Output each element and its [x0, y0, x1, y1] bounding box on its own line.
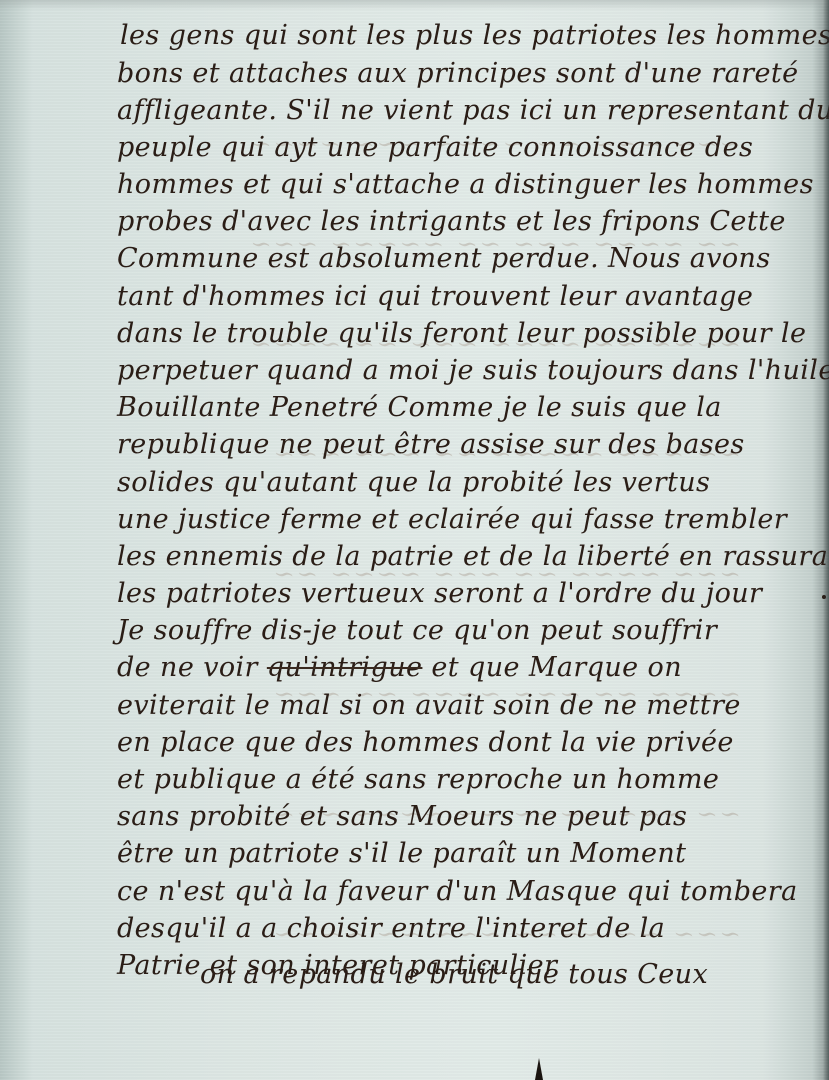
line-text: probes d'avec les intrigants et les frip… — [117, 206, 786, 237]
line-text: dans le trouble qu'ils feront leur possi… — [117, 318, 806, 349]
text-line: en place que des hommes dont la vie priv… — [117, 727, 734, 758]
text-line: eviterait le mal si on avait soin de ne … — [117, 690, 741, 721]
line-text: perpetuer quand a moi je suis toujours d… — [117, 355, 829, 386]
handwritten-text: les gens qui sont les plus les patriotes… — [0, 0, 829, 1080]
line-text: et que Marque on — [422, 652, 682, 683]
line-text: affligeante. S'il ne vient pas ici un re… — [117, 95, 829, 126]
paper-right-edge — [823, 0, 829, 1080]
line-text: bons et attaches aux principes sont d'un… — [117, 58, 798, 89]
ink-mark — [535, 1058, 543, 1080]
line-text: republique ne peut être assise sur des b… — [117, 429, 745, 460]
text-line: ce n'est qu'à la faveur d'un Masque qui … — [117, 876, 798, 907]
line-text: de ne voir — [117, 652, 258, 683]
text-line: peuple qui ayt une parfaite connoissance… — [117, 132, 753, 163]
text-line: dans le trouble qu'ils feront leur possi… — [117, 318, 806, 349]
line-text: Je souffre dis-je tout ce qu'on peut sou… — [117, 615, 717, 646]
line-text: hommes et qui s'attache a distinguer les… — [117, 169, 814, 200]
text-line: on a repandu le bruit que tous Ceux — [200, 959, 708, 990]
text-line: perpetuer quand a moi je suis toujours d… — [117, 355, 829, 386]
text-line: bons et attaches aux principes sont d'un… — [117, 58, 798, 89]
text-line: Je souffre dis-je tout ce qu'on peut sou… — [117, 615, 717, 646]
line-text: une justice ferme et eclairée qui fasse … — [117, 504, 787, 535]
line-text: ce n'est qu'à la faveur d'un Masque qui … — [117, 876, 798, 907]
line-text: en place que des hommes dont la vie priv… — [117, 727, 734, 758]
text-line: sans probité et sans Moeurs ne peut pas — [117, 801, 687, 832]
line-text: être un patriote s'il le paraît un Momen… — [117, 838, 686, 869]
text-line: desqu'il a a choisir entre l'interet de … — [117, 913, 665, 944]
line-text: les gens qui sont les plus les patriotes… — [120, 20, 829, 51]
text-line: les ennemis de la patrie et de la libert… — [117, 541, 829, 572]
line-text: eviterait le mal si on avait soin de ne … — [117, 690, 741, 721]
text-line: de ne voir qu'intrigue et que Marque on — [117, 652, 682, 683]
text-line: probes d'avec les intrigants et les frip… — [117, 206, 786, 237]
line-text: desqu'il a a choisir entre l'interet de … — [117, 913, 665, 944]
line-text: Commune est absolument perdue. Nous avon… — [117, 243, 771, 274]
text-line: hommes et qui s'attache a distinguer les… — [117, 169, 814, 200]
text-line: tant d'hommes ici qui trouvent leur avan… — [117, 281, 753, 312]
text-line: Bouillante Penetré Comme je le suis que … — [117, 392, 722, 423]
line-text: les patriotes vertueux seront a l'ordre … — [117, 578, 762, 609]
line-text: tant d'hommes ici qui trouvent leur avan… — [117, 281, 753, 312]
text-line: solides qu'autant que la probité les ver… — [117, 467, 710, 498]
line-text: peuple qui ayt une parfaite connoissance… — [117, 132, 753, 163]
line-text: solides qu'autant que la probité les ver… — [117, 467, 710, 498]
line-text: et publique a été sans reproche un homme — [117, 764, 719, 795]
line-text: les ennemis de la patrie et de la libert… — [117, 541, 829, 572]
text-line: et publique a été sans reproche un homme — [117, 764, 719, 795]
text-line: affligeante. S'il ne vient pas ici un re… — [117, 95, 829, 126]
text-line: Commune est absolument perdue. Nous avon… — [117, 243, 771, 274]
text-line: être un patriote s'il le paraît un Momen… — [117, 838, 686, 869]
struck-through-word: qu'intrigue — [267, 652, 423, 683]
line-text: Bouillante Penetré Comme je le suis que … — [117, 392, 722, 423]
manuscript-page: ~~~ ~~~ ~~ ~~~~ ~~~ ~~~~ ~~ ~~~~ ~~~ ~~ … — [0, 0, 829, 1080]
text-line: les patriotes vertueux seront a l'ordre … — [117, 578, 762, 609]
text-line: les gens qui sont les plus les patriotes… — [120, 20, 829, 51]
text-line: une justice ferme et eclairée qui fasse … — [117, 504, 787, 535]
line-text: sans probité et sans Moeurs ne peut pas — [117, 801, 687, 832]
text-line: republique ne peut être assise sur des b… — [117, 429, 745, 460]
